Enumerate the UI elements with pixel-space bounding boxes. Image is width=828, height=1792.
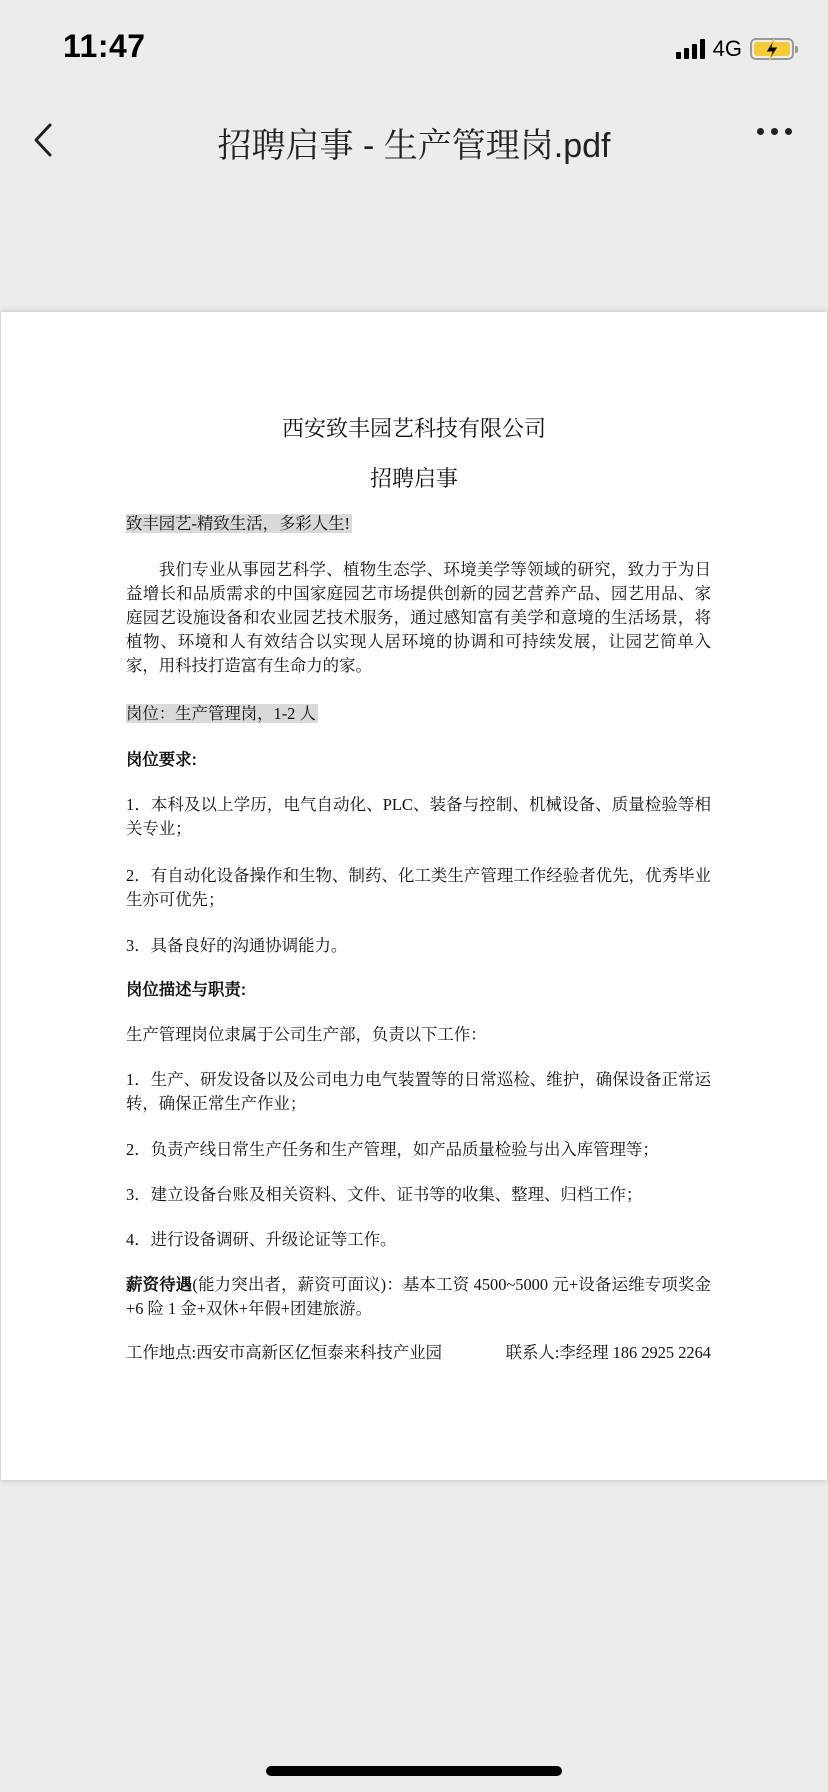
pdf-page[interactable]: 西安致丰园艺科技有限公司 招聘启事 致丰园艺-精致生活，多彩人生! 我们专业从事…: [1, 312, 827, 1480]
network-type: 4G: [713, 36, 742, 62]
battery-charging-icon: [750, 38, 794, 60]
lightning-bolt-icon: [764, 38, 780, 62]
contact-info: 联系人:李经理 186 2925 2264: [506, 1341, 711, 1365]
company-intro: 我们专业从事园艺科学、植物生态学、环境美学等领域的研究，致力于为日益增长和品质需…: [126, 558, 711, 678]
duty-item: 3．建立设备台账及相关资料、文件、证书等的收集、整理、归档工作；: [126, 1183, 711, 1207]
navigation-bar: 招聘启事 - 生产管理岗.pdf: [0, 100, 828, 180]
company-name: 西安致丰园艺科技有限公司: [1, 412, 827, 443]
requirements-title: 岗位要求:: [126, 748, 711, 772]
salary-label: 薪资待遇: [126, 1276, 192, 1294]
position-text: 岗位：生产管理岗，1-2 人: [126, 704, 318, 723]
work-location: 工作地点:西安市高新区亿恒泰来科技产业园: [126, 1341, 442, 1365]
duties-intro: 生产管理岗位隶属于公司生产部，负责以下工作：: [126, 1023, 711, 1047]
document-title: 招聘启事 - 生产管理岗.pdf: [0, 118, 828, 167]
status-time: 11:47: [63, 28, 146, 65]
notice-heading: 招聘启事: [1, 462, 827, 493]
cellular-signal-icon: [676, 39, 705, 59]
salary-section: 薪资待遇(能力突出者，薪资可面议)：基本工资 4500~5000 元+设备运维专…: [126, 1273, 711, 1321]
requirement-item: 2．有自动化设备操作和生物、制药、化工类生产管理工作经验者优先，优秀毕业生亦可优…: [126, 864, 711, 912]
more-options-button[interactable]: [757, 128, 792, 135]
duties-title: 岗位描述与职责:: [126, 978, 711, 1002]
duty-item: 2．负责产线日常生产任务和生产管理，如产品质量检验与出入库管理等；: [126, 1138, 711, 1162]
status-indicators: 4G: [676, 36, 794, 62]
requirement-item: 1．本科及以上学历，电气自动化、PLC、装备与控制、机械设备、质量检验等相关专业…: [126, 793, 711, 841]
home-indicator[interactable]: [266, 1766, 562, 1776]
more-horizontal-icon: [757, 128, 764, 135]
duty-item: 4．进行设备调研、升级论证等工作。: [126, 1228, 711, 1252]
position-line: 岗位：生产管理岗，1-2 人: [126, 702, 711, 726]
slogan-text: 致丰园艺-精致生活，多彩人生!: [126, 514, 352, 533]
slogan: 致丰园艺-精致生活，多彩人生!: [126, 512, 711, 536]
status-bar: 11:47 4G: [0, 0, 828, 90]
footer-info: 工作地点:西安市高新区亿恒泰来科技产业园 联系人:李经理 186 2925 22…: [126, 1341, 711, 1365]
salary-text: (能力突出者，薪资可面议)：基本工资 4500~5000 元+设备运维专项奖金+…: [126, 1275, 711, 1318]
requirement-item: 3．具备良好的沟通协调能力。: [126, 934, 711, 958]
duty-item: 1．生产、研发设备以及公司电力电气装置等的日常巡检、维护，确保设备正常运转，确保…: [126, 1068, 711, 1116]
